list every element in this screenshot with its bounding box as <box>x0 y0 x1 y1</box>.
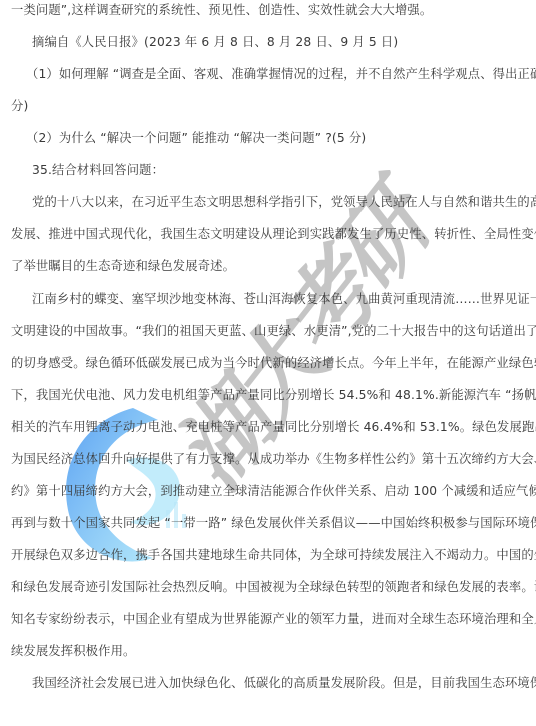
source-citation: 摘编自《人民日报》(2023 年 6 月 8 日、8 月 28 日、9 月 5 … <box>32 34 398 50</box>
paragraph-line: 的切身感受。绿色循环低碳发展已成为当今时代新的经济增长点。今年上半年，在能源产业… <box>11 355 536 371</box>
question-2: （2）为什么 “解决一个问题” 能推动 “解决一类问题” ?(5 分) <box>26 130 366 146</box>
paragraph-line: 和绿色发展奇迹引发国际社会热烈反响。中国被视为全球绿色转型的领跑者和绿色发展的表… <box>11 579 536 595</box>
paragraph-line: 为国民经济总体回升向好提供了有力支撑。从成功举办《生物多样性公约》第十五次缔约方… <box>11 451 536 467</box>
paragraph-line: 发展、推进中国式现代化，我国生态文明建设从理论到实践都发生了历史性、转折性、全局… <box>11 226 536 242</box>
paragraph-line: 再到与数十个国家共同发起 “一带一路” 绿色发展伙伴关系倡议——中国始终积极参与… <box>11 515 536 531</box>
paragraph-line: 约》第十四届缔约方大会，到推动建立全球清洁能源合作伙伴关系、启动 100 个减缓… <box>11 483 536 499</box>
question-1: （1）如何理解 “调查是全面、客观、准确掌握情况的过程，并不自然产生科学观点、得… <box>26 66 536 82</box>
paragraph-line: 了举世瞩目的生态奇迹和绿色发展奇述。 <box>11 258 235 274</box>
paragraph-line: 党的十八大以来，在习近平生态文明思想科学指引下，党领导人民站在人与自然和谐共生的… <box>32 194 536 210</box>
paragraph-line: 续发展发挥积极作用。 <box>11 643 135 659</box>
paragraph-line: 文明建设的中国故事。“我们的祖国天更蓝、山更绿、水更清”,党的二十大报告中的这句… <box>11 323 536 339</box>
document-page: 湖大考研 一类问题”,这样调查研究的系统性、预见性、创造性、实效性就会大大增强。… <box>0 0 536 726</box>
paragraph-line: 知名专家纷纷表示，中国企业有望成为世界能源产业的领军力量，进而对全球生态环境治理… <box>11 611 536 627</box>
question-1-continued: 分) <box>11 98 28 114</box>
question-35-heading: 35.结合材料回答问题： <box>32 162 164 178</box>
paragraph-line: 开展绿色双多边合作，携手各国共建地球生命共同体，为全球可持续发展注入不竭动力。中… <box>11 547 536 563</box>
paragraph-line: 江南乡村的蝶变、塞罕坝沙地变林海、苍山洱海恢复本色、九曲黄河重现清流……世界见证… <box>32 291 536 307</box>
paragraph-line: 下，我国光伏电池、风力发电机组等产品产量同比分别增长 54.5%和 48.1%.… <box>11 387 536 403</box>
paragraph-line: 一类问题”,这样调查研究的系统性、预见性、创造性、实效性就会大大增强。 <box>11 2 432 18</box>
paragraph-line: 相关的汽车用锂离子动力电池、充电桩等产品产量同比分别增长 46.4%和 53.1… <box>11 419 536 435</box>
paragraph-line: 我国经济社会发展已进入加快绿色化、低碳化的高质量发展阶段。但是，目前我国生态环境… <box>32 675 536 691</box>
